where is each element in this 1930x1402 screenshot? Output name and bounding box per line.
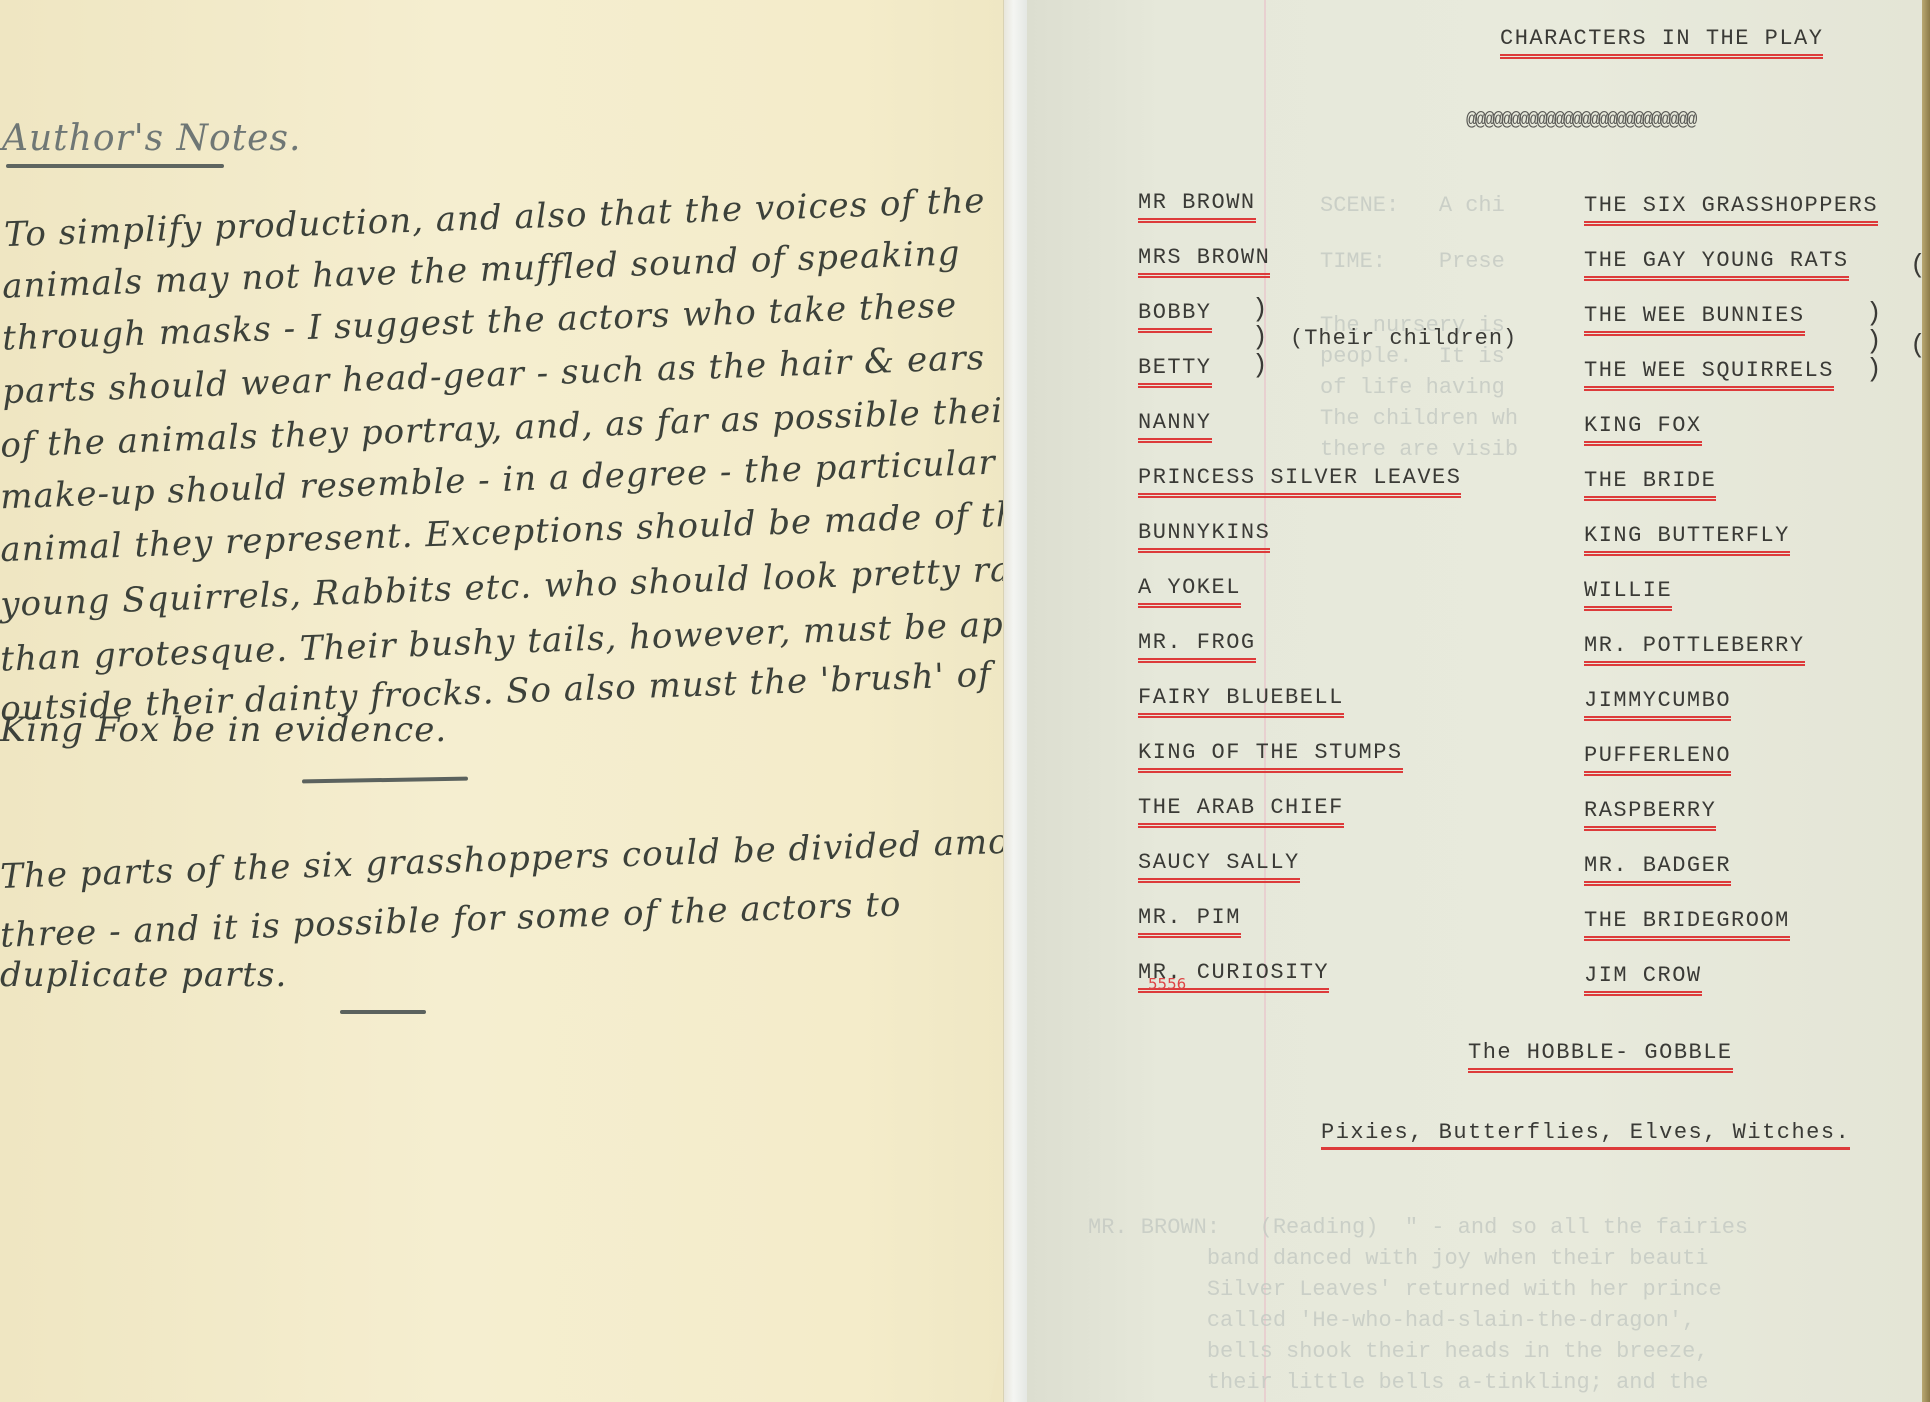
character-name: THE GAY YOUNG RATS: [1584, 248, 1849, 281]
character-name: MR. FROG: [1138, 630, 1256, 663]
bracket: ): [1866, 354, 1882, 384]
show-through-text: bells shook their heads in the breeze,: [1088, 1336, 1709, 1367]
bracket: (: [1910, 330, 1926, 360]
red-pencil-mark: 5556: [1148, 975, 1186, 993]
bracket: ): [1252, 350, 1268, 380]
cast-list-title: CHARACTERS IN THE PLAY: [1500, 26, 1823, 59]
character-name: MR BROWN: [1138, 190, 1256, 223]
footer-ensemble: Pixies, Butterflies, Elves, Witches.: [1321, 1120, 1850, 1150]
character-name: KING FOX: [1584, 413, 1702, 446]
section-divider: [302, 777, 468, 784]
page-corner-fold: [990, 1340, 1002, 1402]
show-through-text: The children wh: [1320, 403, 1518, 434]
show-through-text: TIME: Prese: [1320, 246, 1505, 277]
show-through-text: band danced with joy when their beauti: [1088, 1243, 1709, 1274]
children-note: (Their children): [1290, 326, 1517, 351]
show-through-text: of life having: [1320, 372, 1505, 403]
left-page-handwritten-notes: Author's Notes. To simplify production, …: [0, 0, 1003, 1402]
character-name: MR. BADGER: [1584, 853, 1731, 886]
character-name: RASPBERRY: [1584, 798, 1716, 831]
character-name: BUNNYKINS: [1138, 520, 1270, 553]
notes-heading: Author's Notes.: [2, 118, 301, 159]
character-name: JIMMYCUMBO: [1584, 688, 1731, 721]
show-through-text: Silver Leaves' returned with her prince: [1088, 1274, 1722, 1305]
character-name: A YOKEL: [1138, 575, 1241, 608]
book-gutter: [1003, 0, 1028, 1402]
show-through-text: their little bells a-tinkling; and the: [1088, 1367, 1709, 1398]
character-name: MRS BROWN: [1138, 245, 1270, 278]
note-line: The parts of the six grasshoppers could …: [0, 819, 1089, 897]
end-divider: [340, 1010, 426, 1014]
bracket: ): [1252, 322, 1268, 352]
heading-underline: [6, 164, 224, 168]
character-name: BOBBY: [1138, 300, 1212, 333]
note-line: King Fox be in evidence.: [0, 710, 447, 750]
note-line: duplicate parts.: [0, 955, 287, 995]
character-name: THE SIX GRASSHOPPERS: [1584, 193, 1878, 226]
character-name: THE WEE BUNNIES: [1584, 303, 1805, 336]
character-name: JIM CROW: [1584, 963, 1702, 996]
bracket: ): [1866, 326, 1882, 356]
character-name: THE BRIDEGROOM: [1584, 908, 1790, 941]
character-name: PRINCESS SILVER LEAVES: [1138, 465, 1461, 498]
footer-character: The HOBBLE- GOBBLE: [1468, 1040, 1733, 1073]
character-name: THE BRIDE: [1584, 468, 1716, 501]
character-name: BETTY: [1138, 355, 1212, 388]
character-name: THE WEE SQUIRRELS: [1584, 358, 1834, 391]
character-name: MR. POTTLEBERRY: [1584, 633, 1805, 666]
show-through-text: SCENE: A chi: [1320, 190, 1505, 221]
bracket: ): [1252, 294, 1268, 324]
show-through-text: there are visib: [1320, 434, 1518, 465]
character-name: SAUCY SALLY: [1138, 850, 1300, 883]
page-edge: [1922, 0, 1930, 1402]
character-name: WILLIE: [1584, 578, 1672, 611]
character-name: MR. PIM: [1138, 905, 1241, 938]
bracket: ): [1866, 298, 1882, 328]
character-name: KING BUTTERFLY: [1584, 523, 1790, 556]
note-line: three - and it is possible for some of t…: [0, 884, 902, 955]
character-name: THE ARAB CHIEF: [1138, 795, 1344, 828]
ornament-row: @@@@@@@@@@@@@@@@@@@@@@@@@@: [1466, 109, 1695, 131]
show-through-text: called 'He-who-had-slain-the-dragon',: [1088, 1305, 1695, 1336]
character-name: FAIRY BLUEBELL: [1138, 685, 1344, 718]
bracket: (: [1910, 250, 1926, 280]
show-through-text: MR. BROWN: (Reading) " - and so all the …: [1088, 1212, 1748, 1243]
character-name: PUFFERLENO: [1584, 743, 1731, 776]
character-name: NANNY: [1138, 410, 1212, 443]
character-name: KING OF THE STUMPS: [1138, 740, 1403, 773]
